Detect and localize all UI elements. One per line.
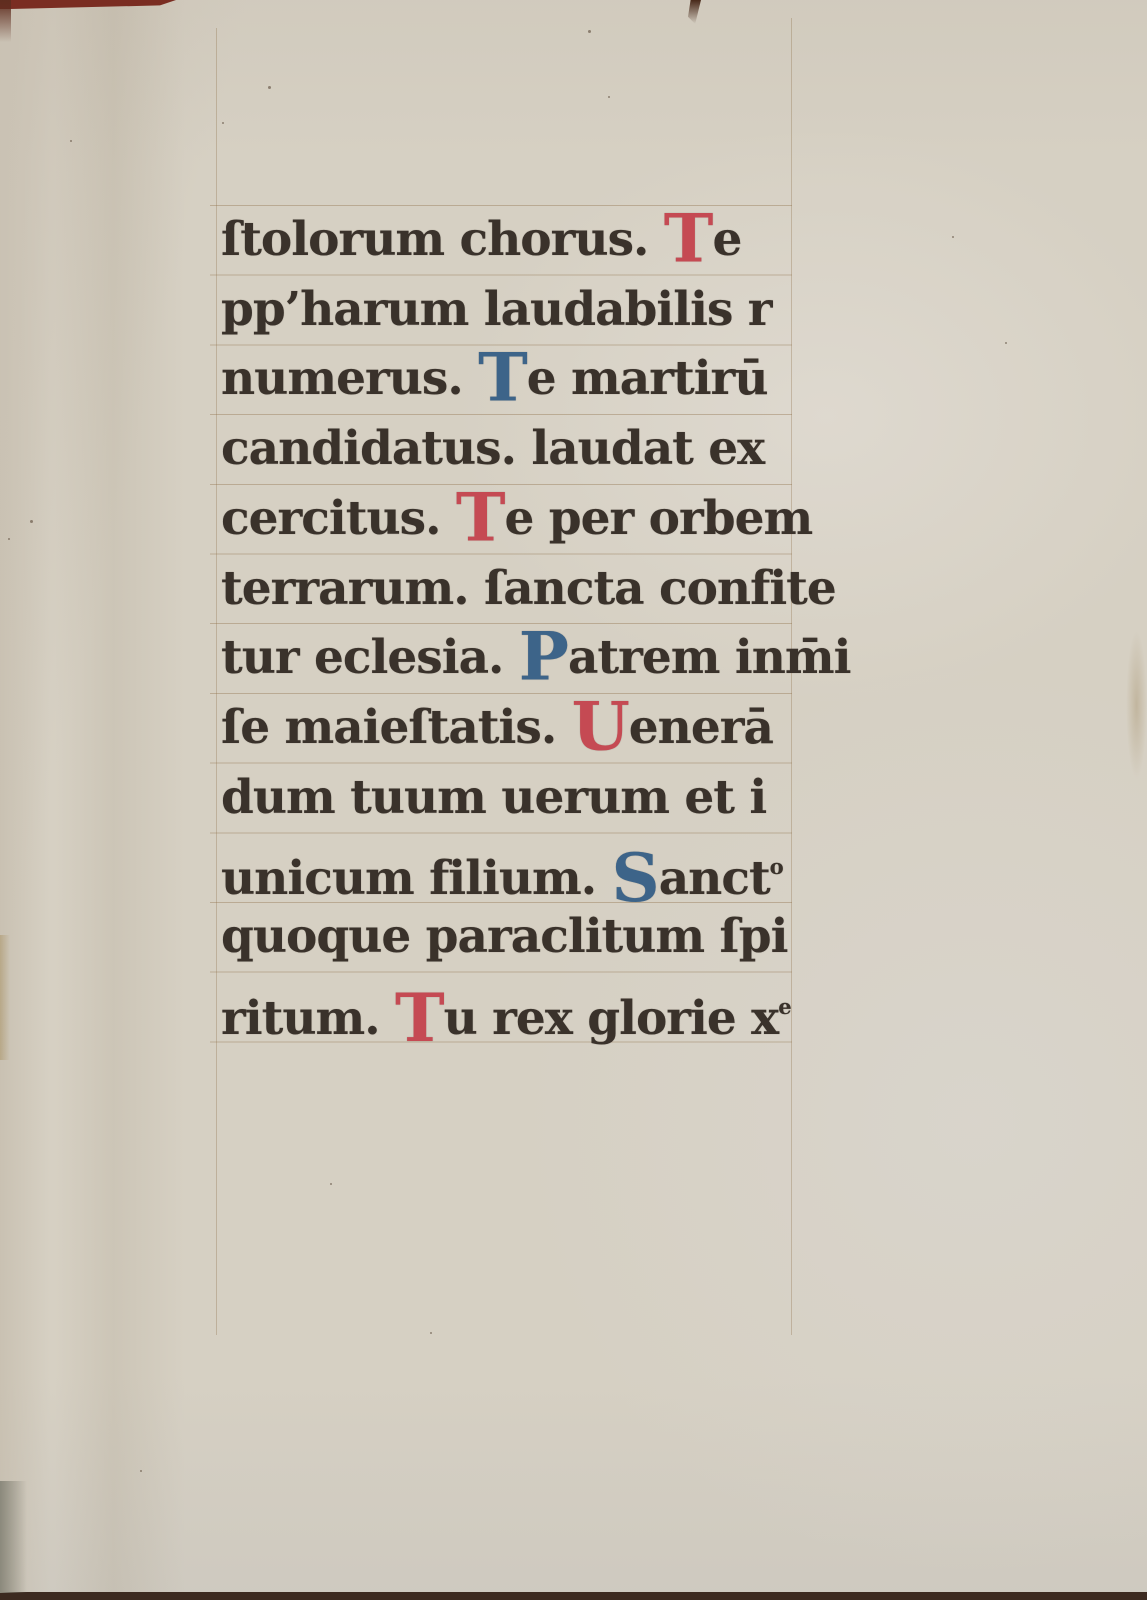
left-edge-smudge <box>0 935 10 1060</box>
text-block: ſtolorum chorus. Tepp’harum laudabilis r… <box>0 0 1147 1600</box>
text-run: ritum. <box>221 991 395 1046</box>
text-line: pp’harum laudabilis r <box>221 280 821 346</box>
text-run: unicum filium. <box>221 851 612 906</box>
parchment-speck <box>70 140 72 142</box>
manuscript-page: ſtolorum chorus. Tepp’harum laudabilis r… <box>0 0 1147 1600</box>
text-run: numerus. <box>221 351 478 406</box>
text-run: e <box>712 212 741 267</box>
parchment-speck <box>8 538 10 540</box>
text-line: ſe maieſtatis. Uenerā <box>221 698 821 764</box>
text-run: cercitus. <box>221 491 456 546</box>
text-line: terrarum. ſancta confite <box>221 559 821 625</box>
superscript-abbreviation: e <box>778 994 791 1019</box>
text-line: candidatus. laudat ex <box>221 419 821 485</box>
parchment-speck <box>1005 342 1007 344</box>
bottom-edge-shadow <box>0 1592 1147 1600</box>
text-run: atrem inm̄i <box>568 630 851 685</box>
text-line: tur eclesia. Patrem inm̄i <box>221 628 821 694</box>
binding-edge-corner <box>0 0 11 42</box>
text-run: dum tuum uerum et i <box>221 770 766 825</box>
text-run: ſe maieſtatis. <box>221 700 572 755</box>
text-line: unicum filium. Sancto <box>221 837 821 903</box>
text-run: anct <box>659 851 770 906</box>
parchment-speck <box>268 86 271 89</box>
text-run: u rex glorie x <box>444 991 779 1046</box>
text-run: tur eclesia. <box>221 630 519 685</box>
text-line: quoque paraclitum ſpi <box>221 907 821 973</box>
parchment-speck <box>588 30 591 33</box>
parchment-speck <box>608 96 610 98</box>
blue-initial-letter: P <box>519 617 568 696</box>
text-line: cercitus. Te per orbem <box>221 489 821 555</box>
text-line: ritum. Tu rex glorie xe <box>221 977 821 1043</box>
text-run: terrarum. ſancta confite <box>221 561 836 616</box>
text-run: e per orbem <box>505 491 813 546</box>
red-initial-letter: T <box>664 199 713 278</box>
parchment-speck <box>30 520 33 523</box>
bottom-left-edge-patch <box>0 1481 27 1593</box>
red-initial-letter: T <box>456 477 505 556</box>
text-line: dum tuum uerum et i <box>221 768 821 834</box>
parchment-speck <box>430 1332 432 1334</box>
right-edge-smudge <box>1126 630 1147 780</box>
text-run: enerā <box>629 700 773 755</box>
blue-initial-letter: S <box>612 838 659 917</box>
text-line: ſtolorum chorus. Te <box>221 210 821 276</box>
text-run: ſtolorum chorus. <box>221 212 664 267</box>
text-run: candidatus. laudat ex <box>221 421 764 476</box>
red-initial-letter: T <box>395 977 444 1056</box>
text-run: e martirū <box>527 351 768 406</box>
parchment-speck <box>222 122 224 124</box>
parchment-speck <box>330 1183 332 1185</box>
blue-initial-letter: T <box>478 338 527 417</box>
red-initial-letter: U <box>572 687 629 766</box>
parchment-speck <box>140 1470 142 1472</box>
parchment-speck <box>952 236 954 238</box>
text-run: pp’harum laudabilis r <box>221 282 772 337</box>
superscript-abbreviation: o <box>770 854 784 879</box>
text-run: quoque paraclitum ſpi <box>221 909 787 964</box>
text-line: numerus. Te martirū <box>221 349 821 415</box>
